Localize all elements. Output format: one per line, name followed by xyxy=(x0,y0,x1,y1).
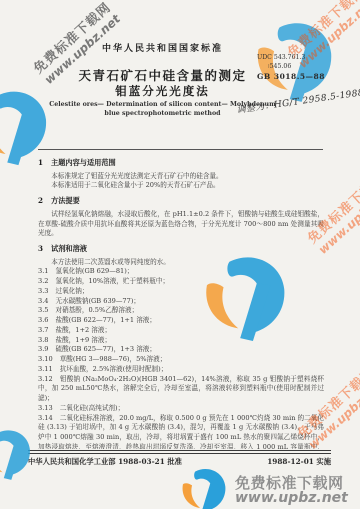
reagent-item: 3.1氢氧化钠(GB 629—81)； xyxy=(38,267,324,277)
reagent-item: 3.5对硝基酚，0.5%乙醇溶液； xyxy=(38,306,324,316)
section1-paragraph: 本标准规定了钼蓝分光光度法测定天青石矿石中的硅含量。 xyxy=(38,172,324,182)
reagent-item: 3.14二氧化硅标准溶液，20.0 mg/L，称取 0.500 0 g 预先在 … xyxy=(38,414,324,449)
reagent-item: 3.13二氧化硅(高纯试剂)； xyxy=(38,404,324,414)
reagent-item: 3.2氢氧化钠，10%溶液，贮于塑料瓶中； xyxy=(38,277,324,287)
site-brand: 免费标准下载网 www.upbz.net xyxy=(179,465,348,509)
brand-site-url: www.upbz.net xyxy=(235,491,348,506)
reagent-item: 3.7盐酸，1+2 溶液； xyxy=(38,326,324,336)
brand-site-name: 免费标准下载网 xyxy=(235,475,348,492)
standard-type-heading: 中华人民共和国国家标准 xyxy=(30,41,295,54)
reagent-item: 3.4无水碳酸钠(GB 639—77)； xyxy=(38,297,324,307)
reagent-item: 3.6盐酸(GB 622—77)，1+1 溶液； xyxy=(38,316,324,326)
reagent-item: 3.9硫酸(GB 625—77)，1+3 溶液； xyxy=(38,345,324,355)
title-chinese-line1: 天青石矿石中硅含量的测定 xyxy=(30,66,295,84)
title-chinese-line2: 钼蓝分光光度法 xyxy=(30,83,295,99)
reagent-item: 3.10草酸(HG 3—988—76)，5%溶液； xyxy=(38,355,324,365)
reagent-item: 3.3过氧化钠； xyxy=(38,287,324,297)
brand-text: 免费标准下载网 www.upbz.net xyxy=(235,475,348,507)
section1-paragraph: 本标准适用于二氧化硅含量小于 20%的天青石矿石产品。 xyxy=(38,181,324,191)
section1-heading: 1主题内容与适用范围 xyxy=(38,158,324,169)
reagent-item: 3.11抗坏血酸，2.5%溶液(使用时配制)； xyxy=(38,365,324,375)
udc-line1: UDC 543.761.3 xyxy=(257,54,305,61)
footer-divider xyxy=(28,450,331,454)
section2-heading: 2方法提要 xyxy=(38,196,324,207)
up-logo-icon xyxy=(179,465,233,509)
reagent-item: 3.8盐酸，1+9 溶液； xyxy=(38,336,324,346)
section3-intro: 本方法使用二次蒸馏水或等同纯度的水。 xyxy=(38,258,324,268)
approval-text: 中华人民共和国化学工业部 1988-03-21 批准 xyxy=(28,457,182,467)
reagent-item: 3.12钼酸钠 (Na₂MoO₄·2H₂O)(HGB 3401—62)，14%溶… xyxy=(38,375,324,404)
document-body: 1主题内容与适用范围 本标准规定了钼蓝分光光度法测定天青石矿石中的硅含量。 本标… xyxy=(38,156,324,449)
section2-paragraph: 试样经氢氧化钠熔融，水浸取后酸化，在 pH1.1±0.2 条件下，钼酸钠与硅酸生… xyxy=(38,210,324,239)
header-divider xyxy=(38,149,323,150)
section3-heading: 3试剂和溶液 xyxy=(38,244,324,255)
document-page: 免费标准下载网 www.upbz.net 免费标准下载网 www.upbz.ne… xyxy=(0,0,360,509)
